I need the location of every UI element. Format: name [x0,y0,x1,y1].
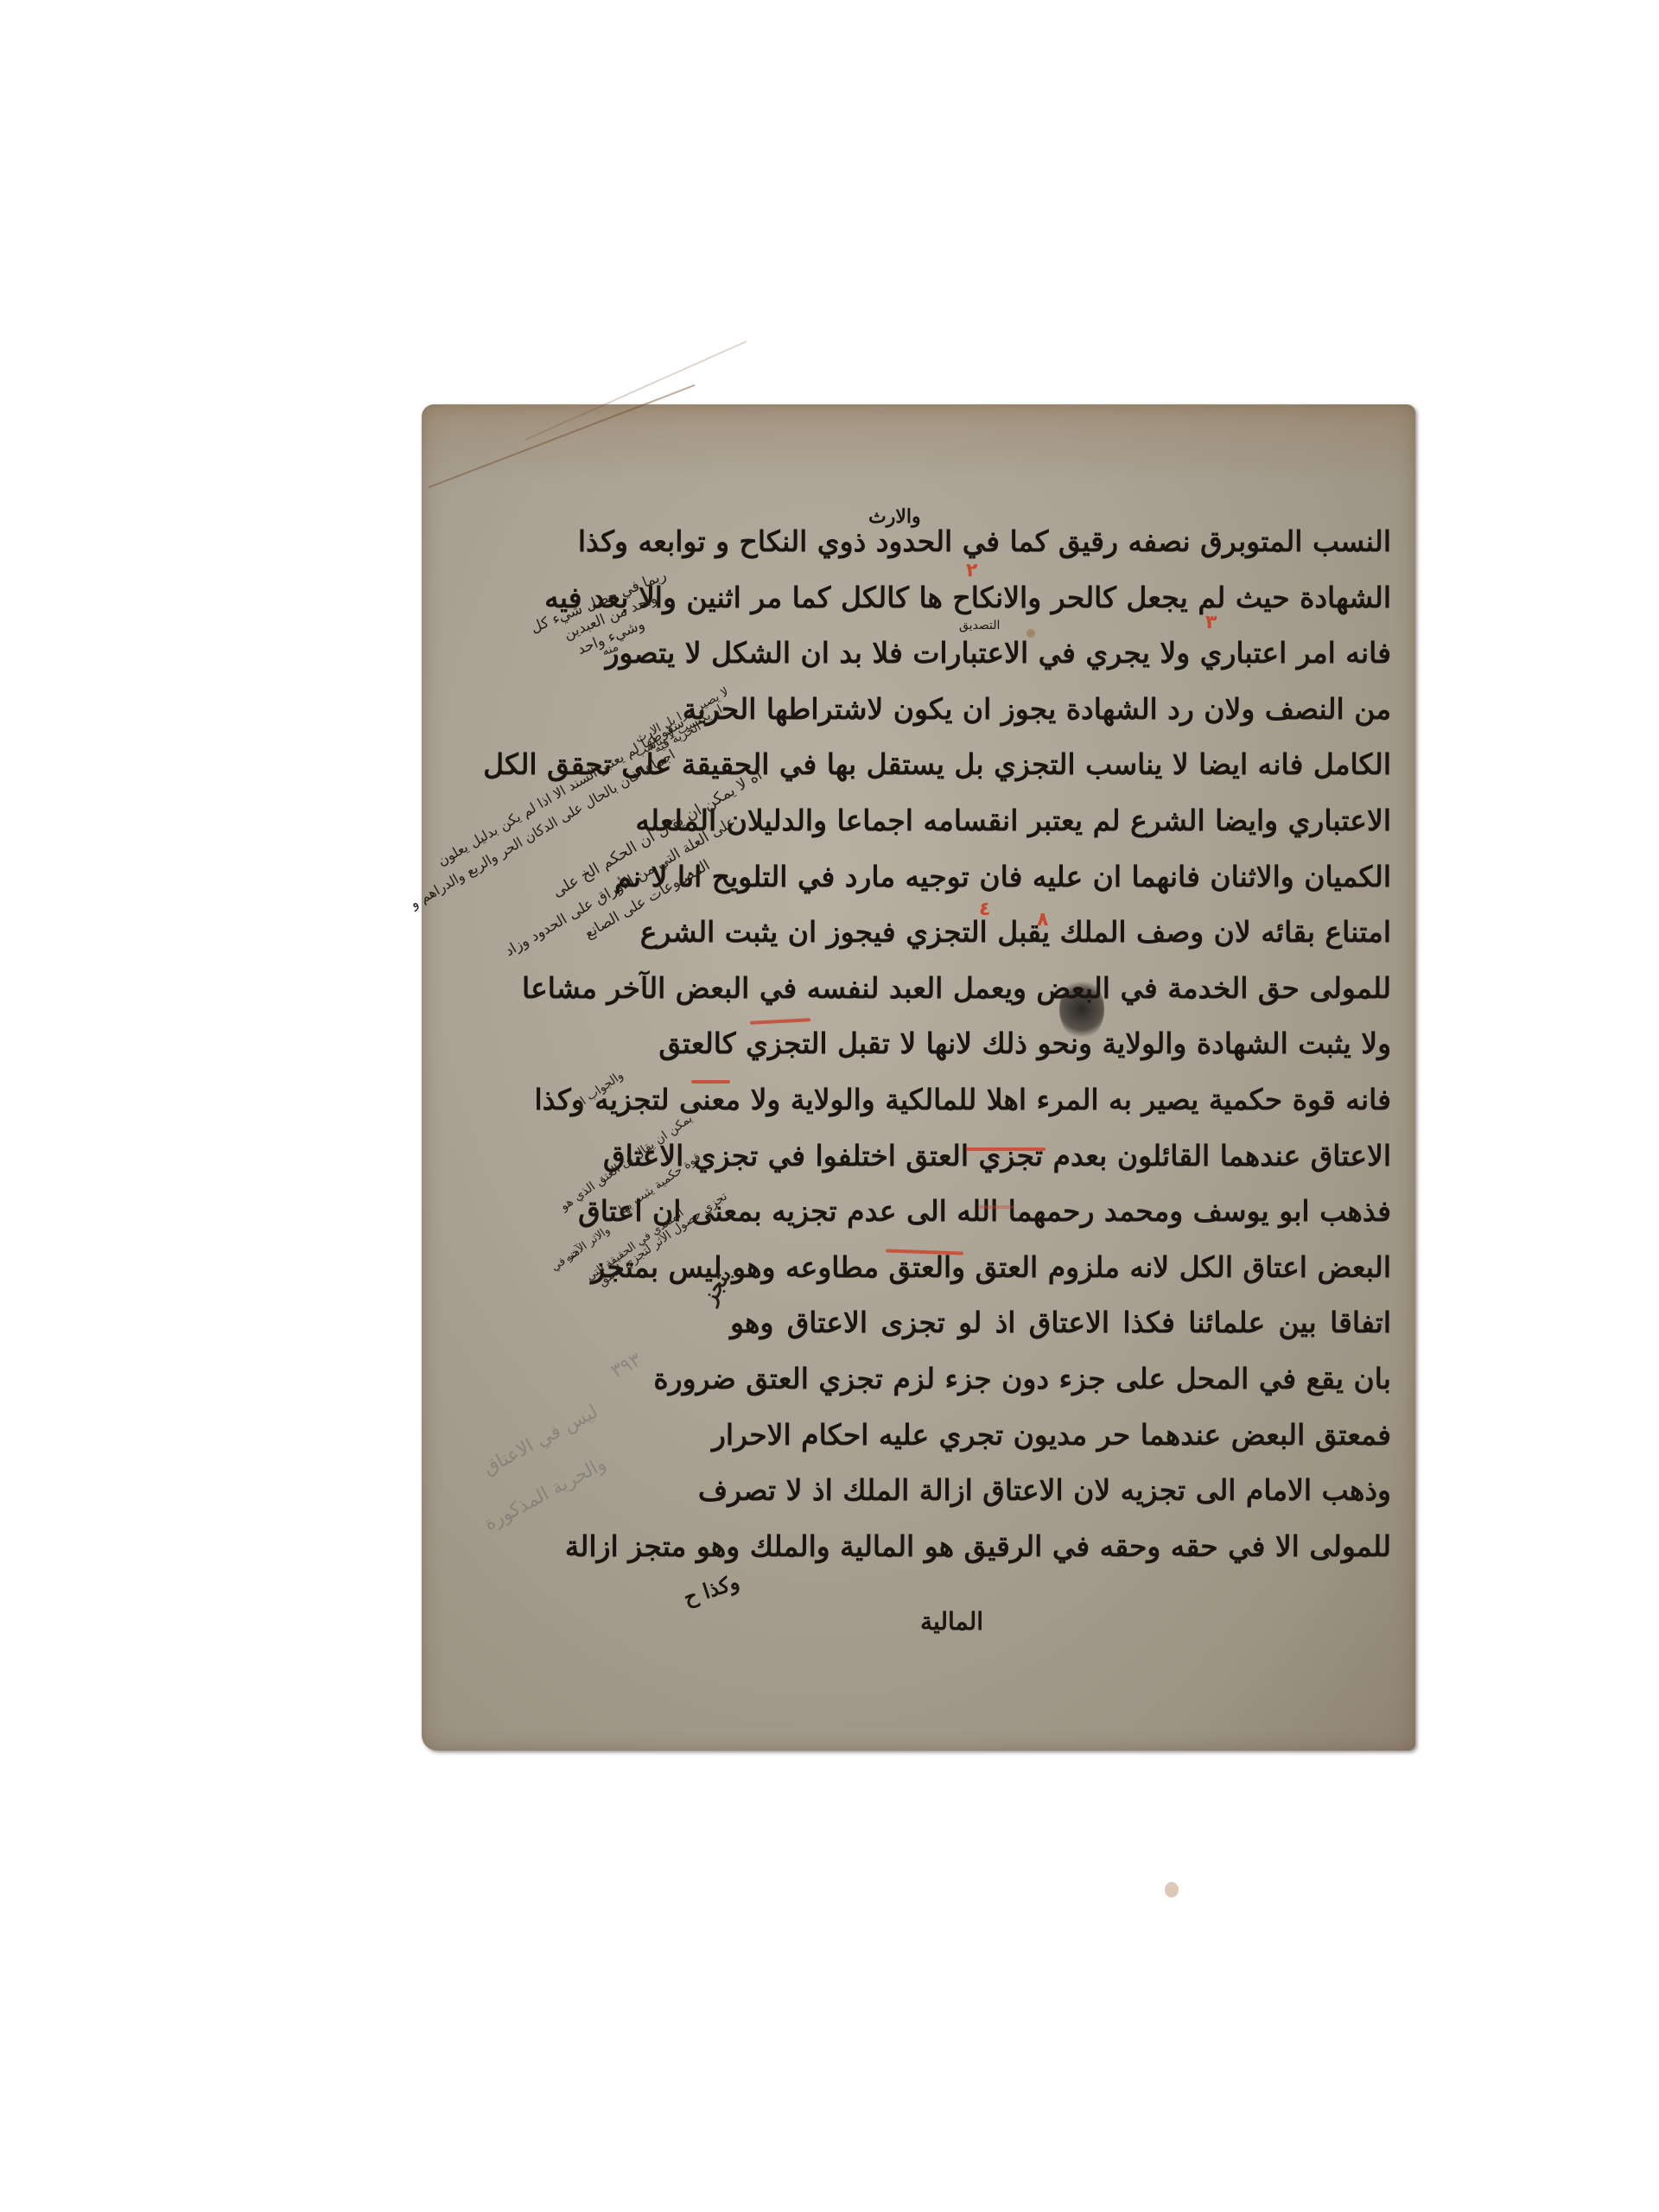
red-numeral: ٨ [1037,909,1048,931]
text-line: ولا يثبت الشهادة والولاية ونحو ذلك لانها… [730,1016,1391,1072]
text-line: الكامل فانه ايضا لا يناسب التجزي بل يستق… [730,737,1391,793]
text-line: وذهب الامام الى تجزيه لان الاعتاق ازالة … [730,1463,1391,1519]
text-line: فانه قوة حكمية يصير به المرء اهلا للمالك… [730,1072,1391,1128]
text-line: الاعتباري وايضا الشرع لم يعتبر انقسامه ا… [730,793,1391,849]
text-line: فمعتق البعض عندهما حر مديون تجري عليه اح… [730,1408,1391,1464]
text-line: امتناع بقائه لان وصف الملك يقبل التجزي ف… [730,905,1391,961]
text-line: فذهب ابو يوسف ومحمد رحمهما الله الى عدم … [730,1184,1391,1240]
rubric-overline [966,1147,1046,1151]
text-line: البعض اعتاق الكل لانه ملزوم العتق والعتق… [730,1240,1391,1296]
text-line: الاعتاق عندهما القائلون بعدم تجزي العتق … [730,1128,1391,1185]
rubric-overline [691,1080,730,1084]
text-line: للمولى حق الخدمة في البعض ويعمل العبد لن… [730,961,1391,1017]
foxing-spot [1165,1882,1179,1897]
text-line: فانه امر اعتباري ولا يجري في الاعتبارات … [730,626,1391,682]
red-numeral: ٣ [1205,612,1217,633]
red-numeral: ٢ [966,560,977,582]
text-line: الكميان والاثنان فانهما ان عليه فان توجي… [730,849,1391,906]
text-line: للمولى الا في حقه وحقه في الرقيق هو الما… [730,1519,1391,1575]
last-line: المالية [920,1607,983,1636]
paper-crease [525,340,747,441]
text-line: من النصف ولان رد الشهادة يجوز ان يكون لا… [730,682,1391,738]
red-numeral: ٤ [979,899,990,920]
text-line: الشهادة حيث لم يجعل كالحر والانكاح ها كا… [730,570,1391,626]
text-line: اتفاقا بين علمائنا فكذا الاعتاق اذ لو تج… [730,1295,1391,1351]
paper-crease [429,385,696,488]
text-line: النسب المتوبرق نصفه رقيق كما في الحدود ذ… [730,514,1391,570]
rubric-overline [979,1205,1014,1209]
text-line: بان يقع في المحل على جزء دون جزء لزم تجز… [730,1351,1391,1408]
main-text-block: النسب المتوبرق نصفه رقيق كما في الحدود ذ… [730,514,1391,1574]
